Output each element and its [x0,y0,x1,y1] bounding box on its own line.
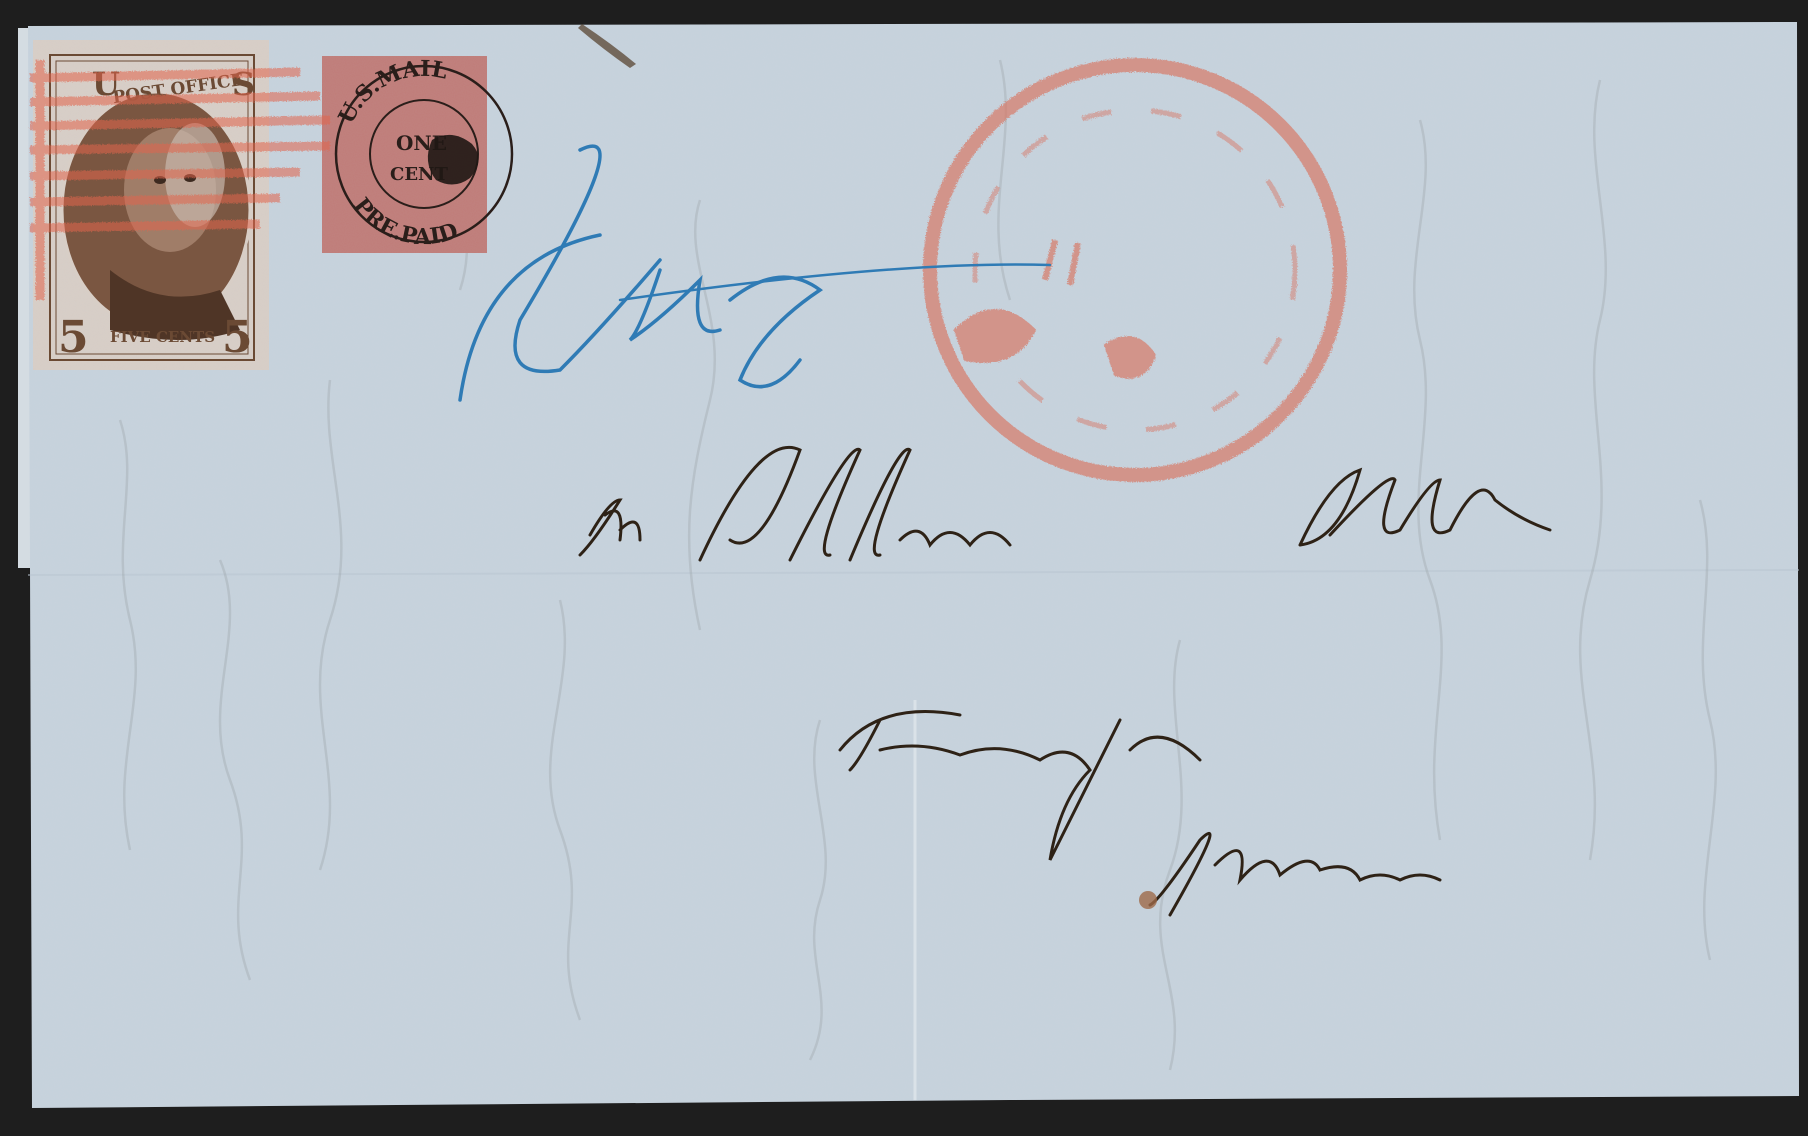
stamp-value-left: 5 [58,312,89,363]
cover-artwork: U S POST OFFICE 5 5 FIVE CENTS U.S.MAIL … [0,0,1808,1136]
letter-cover: U S POST OFFICE 5 5 FIVE CENTS U.S.MAIL … [30,18,1798,1132]
stamp-bottom-text: FIVE CENTS [110,328,215,346]
stamp-value-right: 5 [222,312,253,363]
stamp-one-cent-prepaid: U.S.MAIL PRE.PAID ONE CENT [322,56,512,253]
stain-spot [1139,891,1157,909]
